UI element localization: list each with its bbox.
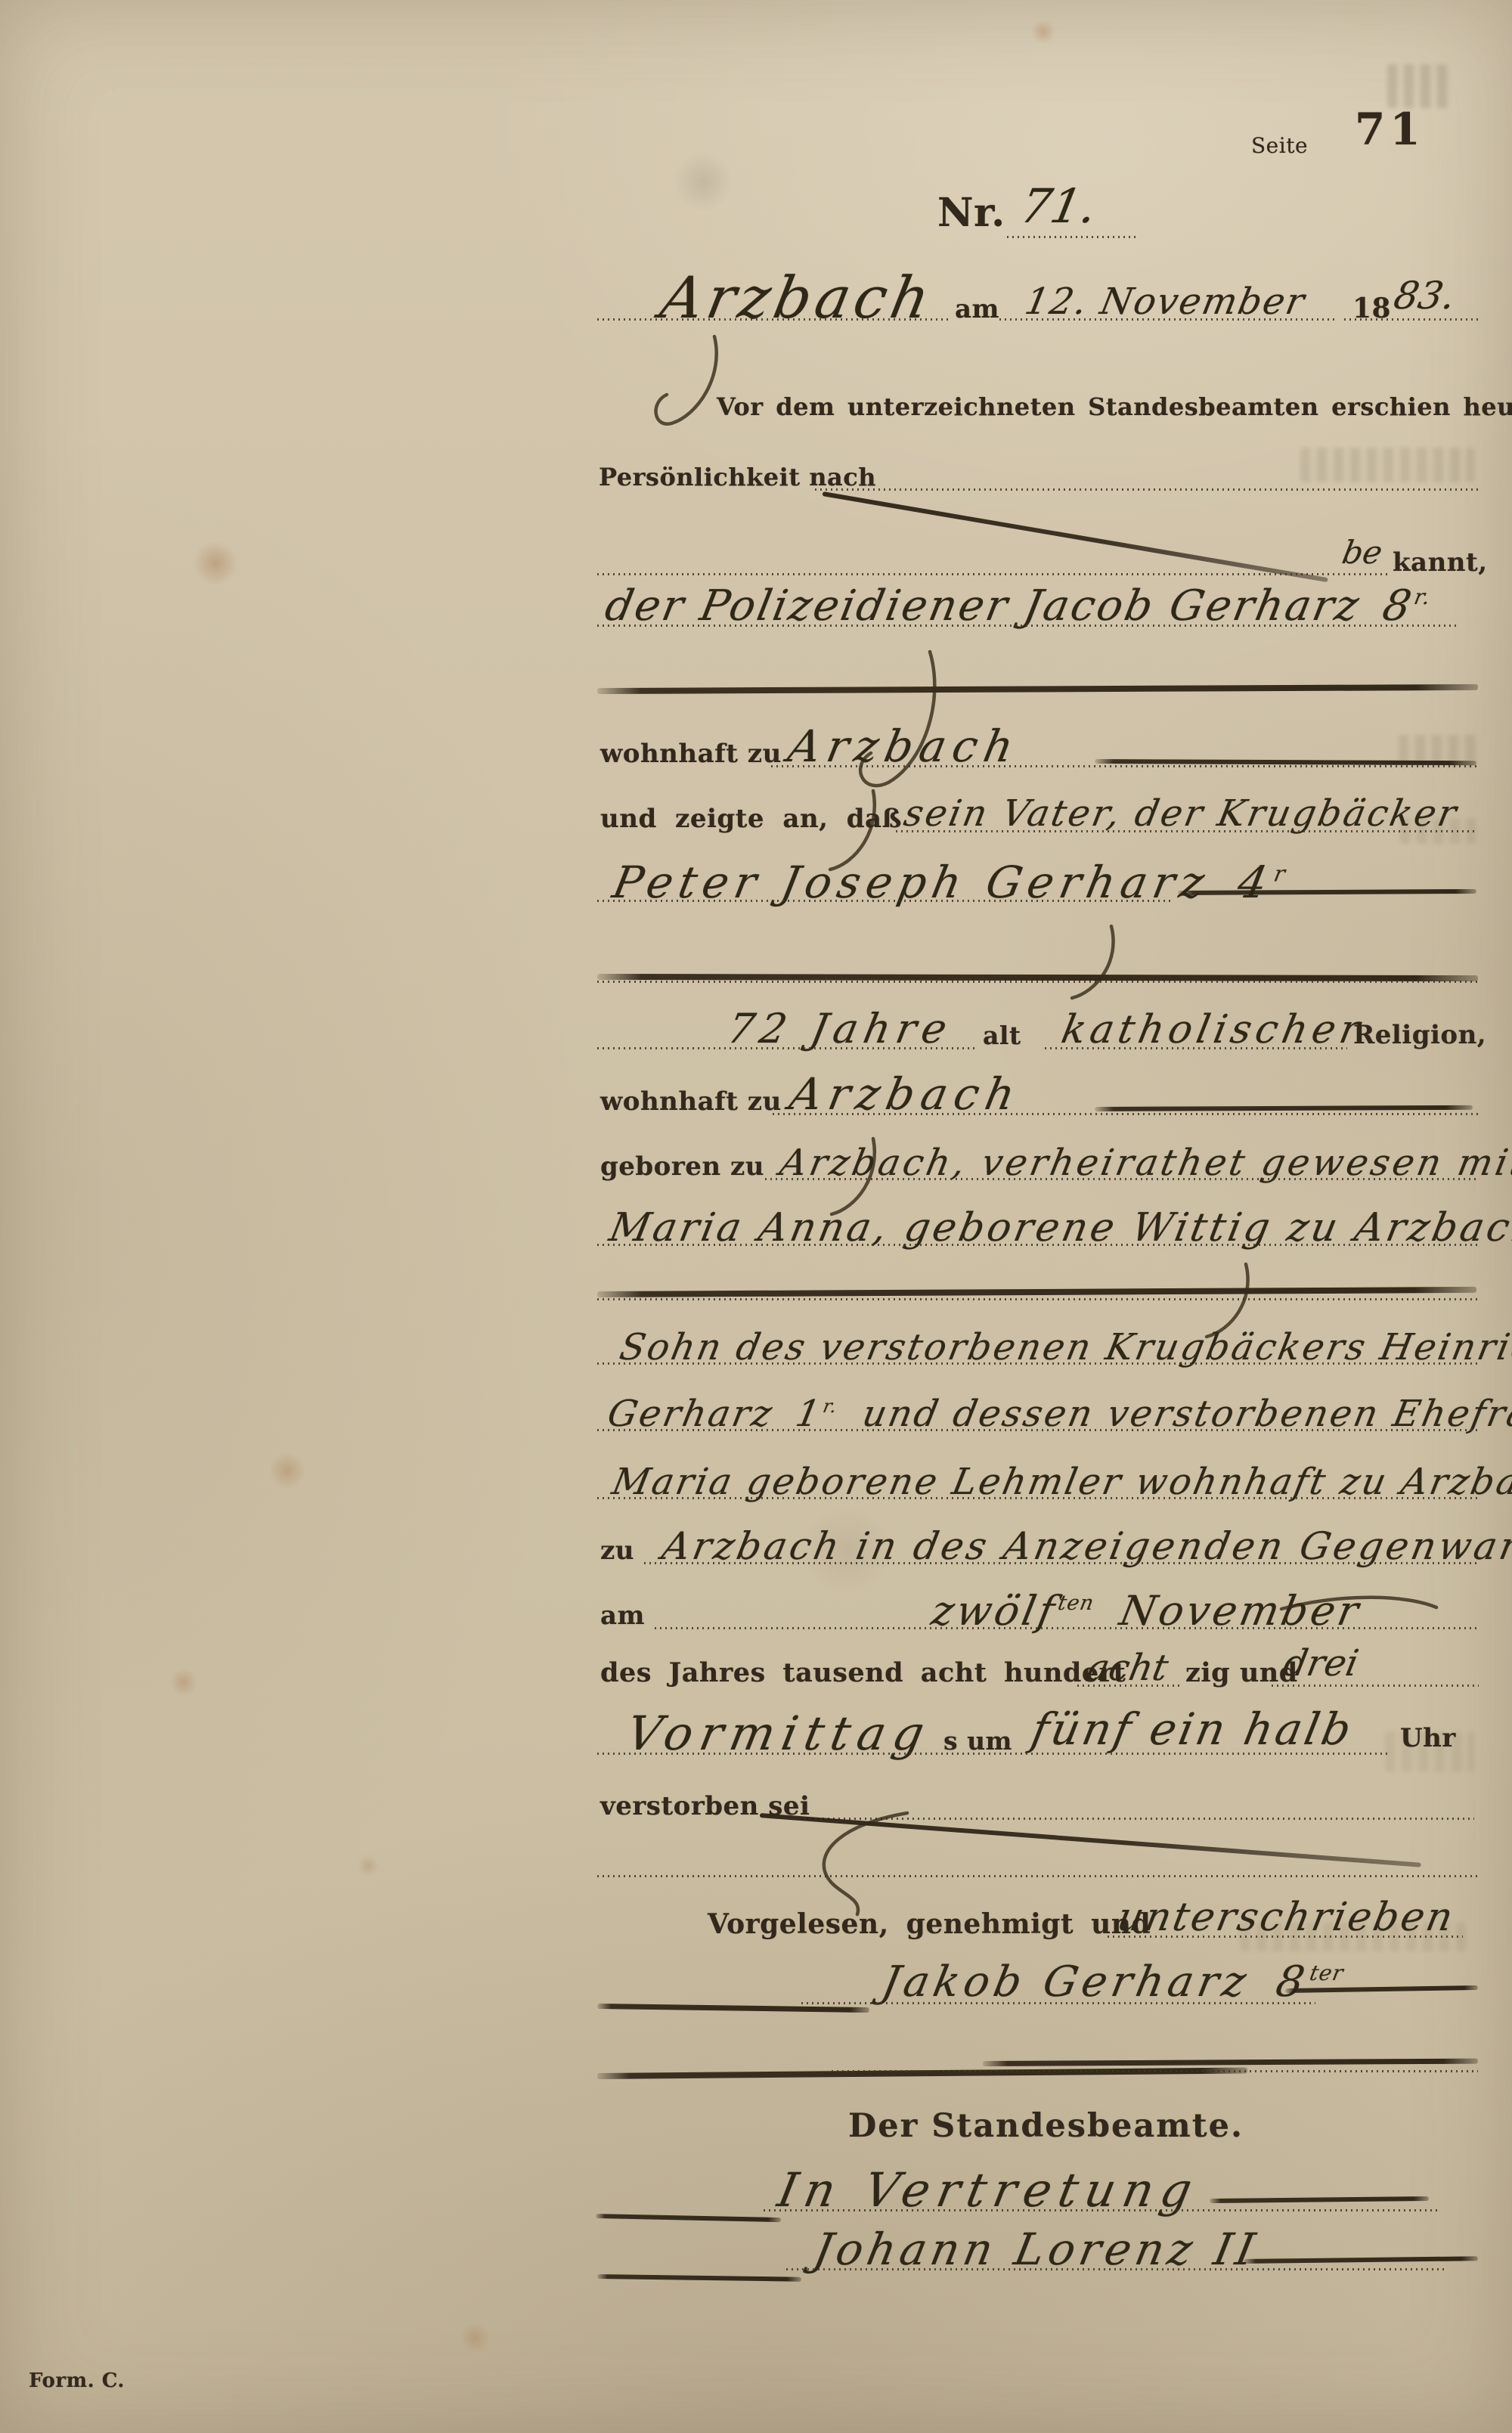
dotted-line xyxy=(597,1753,1391,1755)
vertretung-hand: In Vertretung xyxy=(774,2167,1203,2214)
geboren-hand: Arzbach, verheirathet gewesen mit xyxy=(777,1145,1512,1181)
ink-stroke xyxy=(596,2214,781,2222)
declarant-signature-ordinal-sup: ter xyxy=(1308,1960,1346,1985)
deceased-ordinal: 4 xyxy=(1234,857,1278,908)
ink-stroke xyxy=(1244,2256,1478,2264)
dotted-line xyxy=(832,2070,1478,2072)
record-date: 12. November xyxy=(1022,284,1309,320)
reporter-wohnhaft-label: wohnhaft zu xyxy=(600,741,782,767)
dotted-line xyxy=(1077,1685,1179,1687)
death-am-label: am xyxy=(600,1603,645,1629)
death-day: zwölften November xyxy=(928,1591,1365,1632)
deceased-residence: Arzbach xyxy=(786,1072,1025,1116)
page-header-seite-label: Seite xyxy=(1251,135,1308,157)
dotted-line xyxy=(644,1562,1479,1564)
zeigte-label: und zeigte an, daß xyxy=(600,806,902,832)
declarant-signature-ordinal: 8 xyxy=(1272,1957,1313,2007)
dotted-line xyxy=(771,765,1478,767)
record-number-label: Nr. xyxy=(937,194,1005,233)
ink-stroke xyxy=(1210,2196,1429,2203)
ink-strike-diagonal xyxy=(760,1813,1421,1867)
year-unit-hand: drei xyxy=(1281,1645,1362,1681)
am-label: am xyxy=(955,296,999,322)
reporter-name: der Polizeidiener Jacob Gerharz 8r. xyxy=(602,585,1433,628)
uhr-label: Uhr xyxy=(1400,1725,1456,1751)
daytime-hand: Vormittag xyxy=(623,1710,935,1757)
dotted-line xyxy=(597,573,1390,575)
dotted-line xyxy=(773,1113,1478,1115)
dotted-line xyxy=(597,900,1172,902)
dotted-line xyxy=(597,1875,1478,1877)
dotted-line xyxy=(1272,1685,1479,1687)
ink-strike-line xyxy=(597,2067,1247,2079)
foxing-stain xyxy=(460,2323,490,2353)
dotted-line xyxy=(765,1178,1479,1180)
death-day-sup: ten xyxy=(1056,1592,1096,1615)
geboren-label: geboren zu xyxy=(600,1154,764,1179)
reporter-ordinal: 8 xyxy=(1379,581,1417,631)
smudge-stain xyxy=(673,151,733,212)
deceased-name: Peter Joseph Gerharz 4r xyxy=(609,860,1288,904)
father-name-line: Gerharz 1r. und dessen verstorbenen Ehef… xyxy=(605,1396,1512,1432)
record-number-value: 71. xyxy=(1017,183,1101,230)
dotted-line xyxy=(801,2002,1315,2004)
reporter-name-text: der Polizeidiener Jacob Gerharz xyxy=(601,581,1365,631)
dotted-line xyxy=(597,318,951,321)
dotted-line xyxy=(1007,236,1137,238)
dotted-line xyxy=(786,2268,1444,2270)
dotted-line xyxy=(597,1497,1480,1499)
deceased-age: 72 Jahre xyxy=(724,1009,956,1049)
bleedthrough-ghost xyxy=(1387,64,1452,108)
bleedthrough-ghost xyxy=(1300,448,1474,482)
s-um-label: s um xyxy=(943,1728,1012,1753)
year-hand: 83. xyxy=(1391,277,1458,315)
intro-line1: Vor dem unterzeichneten Standesbeamten e… xyxy=(717,395,1512,419)
foxing-stain xyxy=(1031,20,1055,44)
dotted-line xyxy=(1108,1936,1463,1938)
registrar-signature: Johann Lorenz II xyxy=(810,2227,1263,2271)
approved-hand: unterschrieben xyxy=(1114,1898,1458,1937)
ink-stroke xyxy=(1178,889,1476,895)
dotted-line xyxy=(597,625,1459,627)
foxing-stain xyxy=(193,541,238,586)
dotted-line xyxy=(597,1047,975,1049)
deceased-wohnhaft-label: wohnhaft zu xyxy=(600,1089,782,1114)
ink-stroke xyxy=(597,2274,801,2282)
ink-stroke xyxy=(597,2004,869,2013)
known-hand: be xyxy=(1340,537,1385,569)
death-register-page: Seite 71 Nr. 71. Arzbach am 12. November… xyxy=(0,0,1512,2433)
religion-label: Religion, xyxy=(1353,1022,1486,1048)
hour-hand: fünf ein halb xyxy=(1028,1707,1358,1751)
known-printed: kannt, xyxy=(1393,550,1488,575)
declarant-signature-text: Jakob Gerharz xyxy=(878,1957,1254,2007)
form-label: Form. C. xyxy=(29,2371,125,2391)
foxing-stain xyxy=(170,1669,197,1696)
father-line: Sohn des verstorbenen Krugbäckers Heinri… xyxy=(617,1329,1512,1365)
dotted-line xyxy=(597,981,1478,983)
father-ordinal-sup: r. xyxy=(821,1396,839,1417)
vorgelesen-label: Vorgelesen, genehmigt und xyxy=(708,1911,1151,1938)
ink-strike-line xyxy=(597,1287,1476,1297)
ink-strike-line xyxy=(983,2059,1478,2066)
dotted-line xyxy=(1045,1047,1347,1049)
ink-stroke xyxy=(1095,759,1476,765)
dotted-line xyxy=(764,2209,1440,2211)
alt-label: alt xyxy=(983,1023,1021,1048)
zu-label: zu xyxy=(600,1538,634,1564)
ink-strike-line xyxy=(597,684,1478,694)
dotted-line xyxy=(597,1362,1480,1365)
foxing-stain xyxy=(269,1452,305,1489)
ink-stroke xyxy=(1095,1105,1473,1111)
year-decade-hand: acht xyxy=(1084,1650,1171,1686)
dotted-line xyxy=(597,1429,1480,1431)
spouse-hand: Maria Anna, geborene Wittig zu Arzbach xyxy=(606,1208,1512,1247)
page-number: 71 xyxy=(1355,107,1425,151)
ink-strike-diagonal xyxy=(822,491,1328,582)
dotted-line xyxy=(597,1298,1478,1300)
mother-line: Maria geborene Lehmler wohnhaft zu Arzba… xyxy=(609,1464,1512,1500)
dotted-line xyxy=(655,1627,1479,1629)
death-place: Arzbach in des Anzeigenden Gegenwart xyxy=(659,1527,1512,1565)
dotted-line xyxy=(1344,318,1480,321)
jahres-label: des Jahres tausend acht hundert xyxy=(600,1660,1126,1686)
dotted-line xyxy=(801,1818,1474,1820)
standesbeamte-label: Der Standesbeamte. xyxy=(848,2110,1244,2143)
dotted-line xyxy=(597,1244,1478,1246)
deceased-religion: katholischer xyxy=(1058,1010,1368,1049)
vater-hand: sein Vater, der Krugbäcker xyxy=(901,795,1461,832)
dotted-line xyxy=(815,488,1480,491)
declarant-signature: Jakob Gerharz 8ter xyxy=(878,1961,1346,2004)
dotted-line xyxy=(896,830,1478,832)
persoenlichkeit-label: Persönlichkeit nach xyxy=(599,465,876,489)
foxing-stain xyxy=(358,1855,379,1877)
dotted-line xyxy=(999,318,1338,321)
reporter-residence: Arzbach xyxy=(785,724,1024,768)
